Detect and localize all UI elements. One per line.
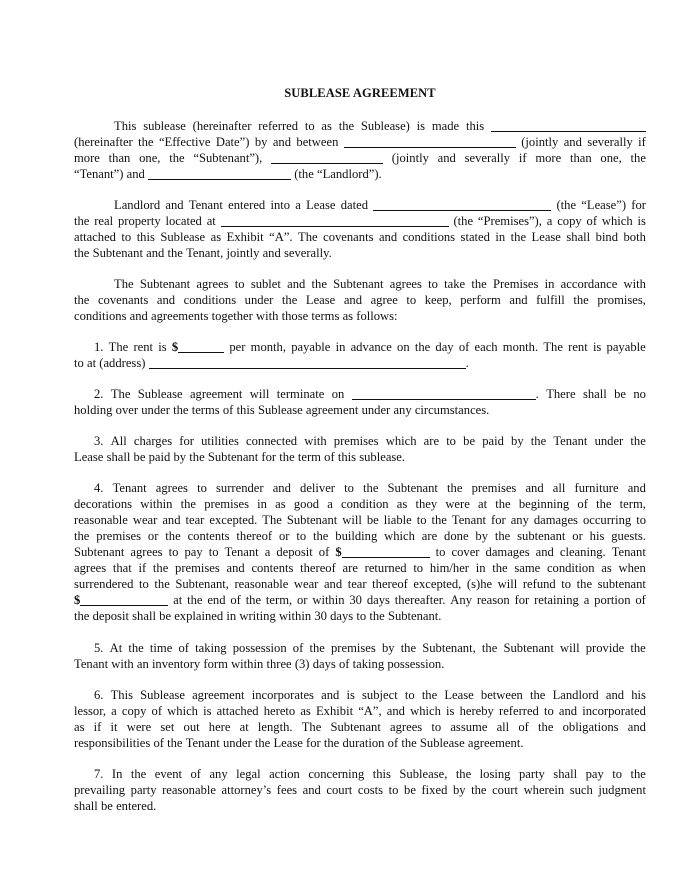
text-line: morethanone,the“Subtenant”),(jointlyands…	[74, 150, 646, 166]
text-line: TheSubtenantagreestosubletandtheSubtenan…	[114, 276, 646, 292]
text-line: 7.Intheeventofanylegalactionconcerningth…	[94, 766, 646, 782]
text-line: thedepositshallbeexplainedinwritingwithi…	[74, 608, 646, 624]
text-line: agreesthatifthepremisesandcontentsthereo…	[74, 560, 646, 576]
text-line: “Tenant”)and(the“Landlord”).	[74, 166, 646, 182]
fill-in-blank[interactable]	[491, 120, 646, 132]
document-page: SUBLEASE AGREEMENT Thissublease(hereinaf…	[0, 0, 680, 880]
text-line: (hereinafterthe“EffectiveDate”)byandbetw…	[74, 134, 646, 150]
fill-in-blank[interactable]	[221, 215, 449, 227]
fill-in-blank[interactable]	[344, 136, 516, 148]
text-line: 5.Atthetimeoftakingpossessionofthepremis…	[94, 640, 646, 656]
fill-in-blank[interactable]	[149, 357, 466, 369]
text-line: 4.Tenantagreestosurrenderanddelivertothe…	[94, 480, 646, 496]
fill-in-blank[interactable]	[352, 388, 536, 400]
text-line: toat(address).	[74, 355, 646, 371]
text-line: thecovenantsandconditionsundertheLeasean…	[74, 292, 646, 308]
text-line: theSubtenantandtheTenant,jointlyandsever…	[74, 245, 646, 261]
text-line: shallbeentered.	[74, 798, 646, 814]
text-line: therealpropertylocatedat(the“Premises”),…	[74, 213, 646, 229]
text-line: holdingoverunderthetermsofthisSubleaseag…	[74, 402, 646, 418]
fill-in-blank[interactable]	[271, 152, 383, 164]
fill-in-blank[interactable]	[373, 199, 551, 211]
fill-in-blank[interactable]	[178, 341, 224, 353]
fill-in-blank[interactable]	[148, 168, 291, 180]
text-line: surrenderedtotheSubtenant,reasonablewear…	[74, 576, 646, 592]
text-line: 1.Therentis$permonth,payableinadvanceont…	[94, 339, 646, 355]
text-line: decorationswithinthepremisesinasgoodacon…	[74, 496, 646, 512]
text-line: asifitweresetouthereatlength.TheSubtenan…	[74, 719, 646, 735]
text-line: 6.ThisSubleaseagreementincorporatesandis…	[94, 687, 646, 703]
document-title: SUBLEASE AGREEMENT	[0, 86, 680, 101]
text-line: $attheendoftheterm,orwithin30daysthereaf…	[74, 592, 646, 608]
text-line: prevailingpartyreasonableattorney’sfeesa…	[74, 782, 646, 798]
text-line: Thissublease(hereinafterreferredtoastheS…	[114, 118, 646, 134]
text-line: reasonablewearandtearexcepted.TheSubtena…	[74, 512, 646, 528]
text-line: 3.Allchargesforutilitiesconnectedwithpre…	[94, 433, 646, 449]
text-line: responsibilitiesoftheTenantundertheLease…	[74, 735, 646, 751]
text-line: LandlordandTenantenteredintoaLeasedated(…	[114, 197, 646, 213]
fill-in-blank[interactable]	[80, 594, 168, 606]
text-line: conditionsandagreementstogetherwiththose…	[74, 308, 646, 324]
text-line: thepremisesorthecontentsthereofortothebu…	[74, 528, 646, 544]
text-line: 2.TheSubleaseagreementwillterminateon.Th…	[94, 386, 646, 402]
text-line: LeaseshallbepaidbytheSubtenantfortheterm…	[74, 449, 646, 465]
text-line: attachedtothisSubleaseasExhibit“A”.Theco…	[74, 229, 646, 245]
text-line: SubtenantagreestopaytoTenantadepositof$t…	[74, 544, 646, 560]
text-line: Tenantwithaninventoryformwithinthree(3)d…	[74, 656, 646, 672]
fill-in-blank[interactable]	[342, 546, 430, 558]
text-line: lessor,acopyofwhichisattachedheretoasExh…	[74, 703, 646, 719]
